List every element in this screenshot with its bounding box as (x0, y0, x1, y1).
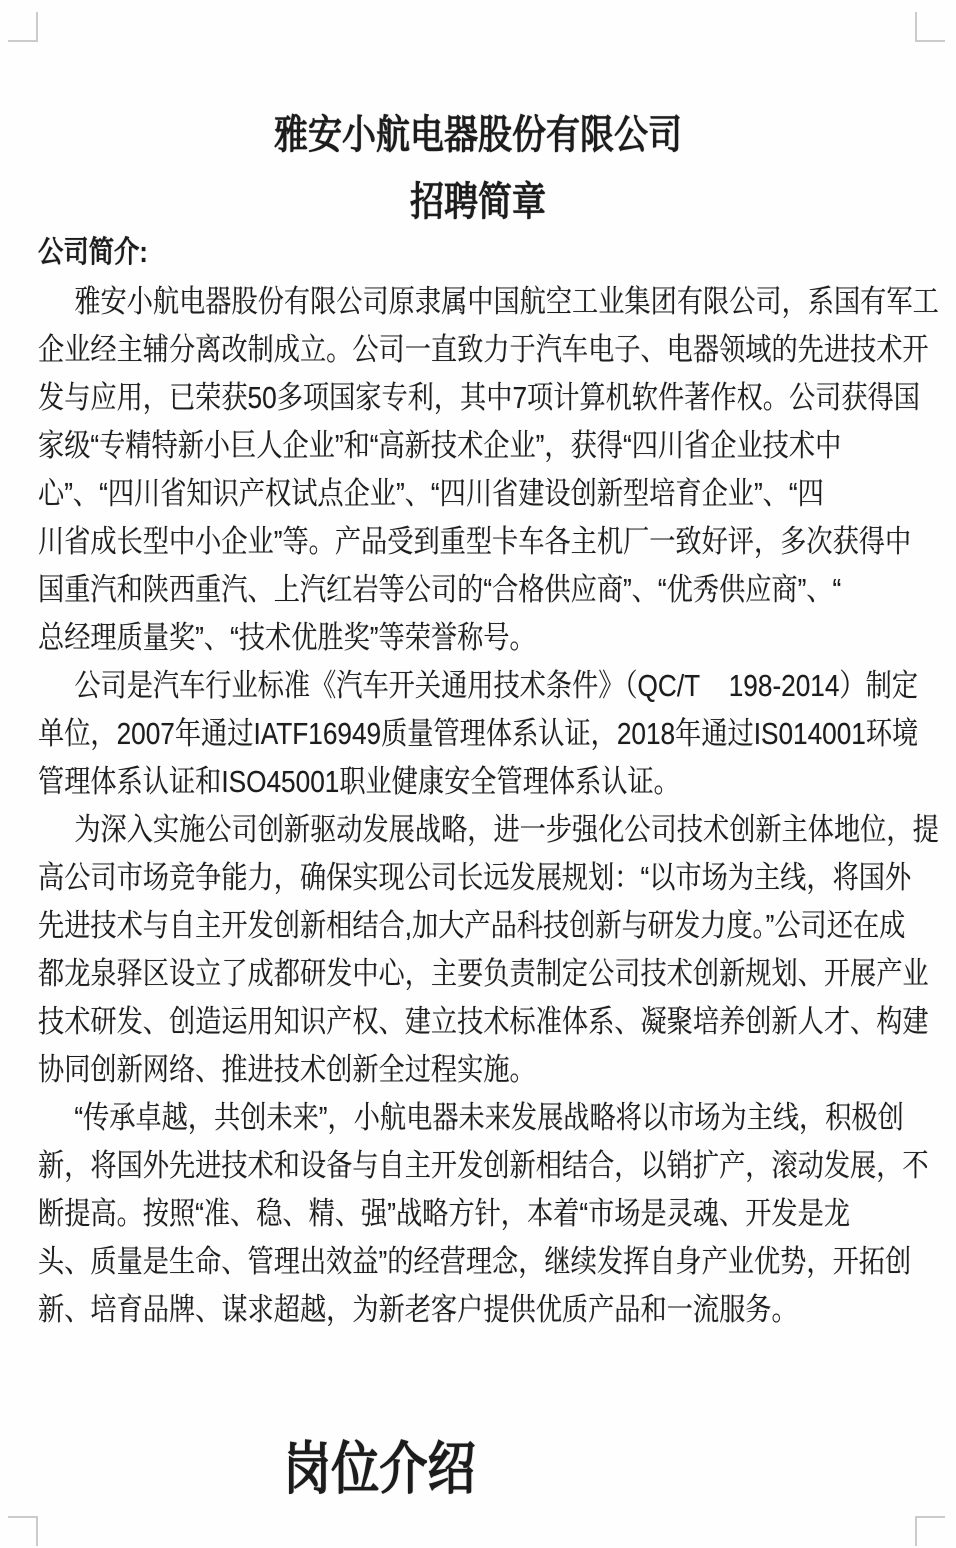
body-text-line: 公司是汽车行业标准《汽车开关通用技术条件》（QC/T 198-2014）制定 (38, 662, 782, 710)
body-text-line: 企业经主辅分离改制成立。公司一直致力于汽车电子、电器领域的先进技术开 (38, 326, 782, 374)
body-text-line: 协同创新网络、推进技术创新全过程实施。 (38, 1046, 782, 1094)
crop-mark-top-right-icon (915, 12, 945, 42)
body-text-line: 心”、“四川省知识产权试点企业”、“四川省建设创新型培育企业”、“四 (38, 470, 782, 518)
body-text-line: “传承卓越，共创未来”，小航电器未来发展战略将以市场为主线，积极创 (38, 1094, 782, 1142)
body-text-line: 管理体系认证和ISO45001职业健康安全管理体系认证。 (38, 758, 782, 806)
body-text-line: 发与应用，已荣获50多项国家专利，其中7项计算机软件著作权。公司获得国 (38, 374, 782, 422)
document-page: 雅安小航电器股份有限公司 招聘简章 公司简介: 雅安小航电器股份有限公司原隶属中… (0, 0, 956, 1548)
body-text-line: 断提高。按照“准、稳、精、强”战略方针，本着“市场是灵魂、开发是龙 (38, 1190, 782, 1238)
section-heading-positions: 岗位介绍 (283, 1438, 476, 1500)
body-text-line: 为深入实施公司创新驱动发展战略，进一步强化公司技术创新主体地位，提 (38, 806, 782, 854)
company-intro-body: 雅安小航电器股份有限公司原隶属中国航空工业集团有限公司，系国有军工企业经主辅分离… (38, 278, 918, 1334)
body-text-line: 总经理质量奖”、“技术优胜奖”等荣誉称号。 (38, 614, 782, 662)
body-text-line: 都龙泉驿区设立了成都研发中心，主要负责制定公司技术创新规划、开展产业 (38, 950, 782, 998)
crop-mark-bottom-right-icon (915, 1516, 945, 1546)
crop-mark-top-left-icon (8, 12, 38, 42)
body-text-line: 先进技术与自主开发创新相结合,加大产品科技创新与研发力度。”公司还在成 (38, 902, 782, 950)
body-text-line: 单位，2007年通过IATF16949质量管理体系认证，2018年通过IS014… (38, 710, 782, 758)
body-text-line: 国重汽和陕西重汽、上汽红岩等公司的“合格供应商”、“优秀供应商”、“ (38, 566, 782, 614)
section-heading-company-intro: 公司简介: (38, 236, 148, 270)
crop-mark-bottom-left-icon (8, 1516, 38, 1546)
document-subtitle: 招聘简章 (72, 179, 885, 225)
body-text-line: 新，将国外先进技术和设备与自主开发创新相结合，以销扩产，滚动发展，不 (38, 1142, 782, 1190)
body-text-line: 家级“专精特新小巨人企业”和“高新技术企业”，获得“四川省企业技术中 (38, 422, 782, 470)
body-text-line: 高公司市场竞争能力，确保实现公司长远发展规划：“以市场为主线，将国外 (38, 854, 782, 902)
document-title: 雅安小航电器股份有限公司 (72, 112, 885, 158)
body-text-line: 新、培育品牌、谋求超越，为新老客户提供优质产品和一流服务。 (38, 1286, 782, 1334)
body-text-line: 头、质量是生命、管理出效益”的经营理念，继续发挥自身产业优势，开拓创 (38, 1238, 782, 1286)
body-text-line: 技术研发、创造运用知识产权、建立技术标准体系、凝聚培养创新人才、构建 (38, 998, 782, 1046)
body-text-line: 雅安小航电器股份有限公司原隶属中国航空工业集团有限公司，系国有军工 (38, 278, 782, 326)
body-text-line: 川省成长型中小企业”等。产品受到重型卡车各主机厂一致好评，多次获得中 (38, 518, 782, 566)
